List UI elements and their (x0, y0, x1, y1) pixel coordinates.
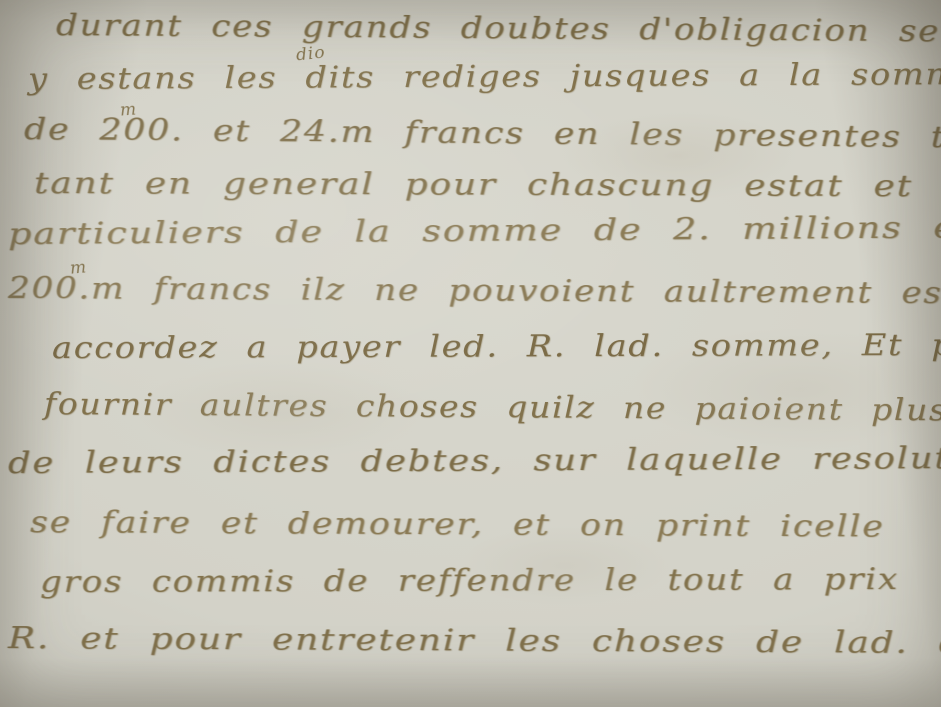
superscript-abbreviation: m (119, 99, 137, 120)
manuscript-line: 200.m francs ilz ne pouvoient aultrement… (8, 271, 941, 311)
manuscript-line: R. et pour entretenir les choses de lad.… (8, 621, 941, 661)
manuscript-line: durant ces grands doubtes d'obligacion s… (56, 8, 941, 50)
manuscript-line: gros commis de reffendre le tout a prix (40, 562, 899, 600)
manuscript-line: de leurs dictes debtes, sur laquelle res… (8, 441, 941, 481)
manuscript-line: fournir aultres choses quilz ne paioient… (44, 387, 941, 429)
superscript-abbreviation: dio (295, 43, 326, 66)
manuscript-line: se faire et demourer, et on print icelle (30, 505, 885, 544)
superscript-abbreviation: m (69, 257, 88, 278)
manuscript-line: de 200. et 24.m francs en les presentes … (24, 112, 941, 156)
manuscript-line: accordez a payer led. R. lad. somme, Et … (52, 328, 941, 366)
manuscript-line: particuliers de la somme de 2. millions … (8, 210, 941, 252)
manuscript-line: y estans les dits rediges jusques a la s… (28, 57, 941, 97)
manuscript-line: tant en general pour chascung estat et s… (34, 166, 941, 204)
manuscript-page-photo: durant ces grands doubtes d'obligacion s… (0, 0, 941, 707)
